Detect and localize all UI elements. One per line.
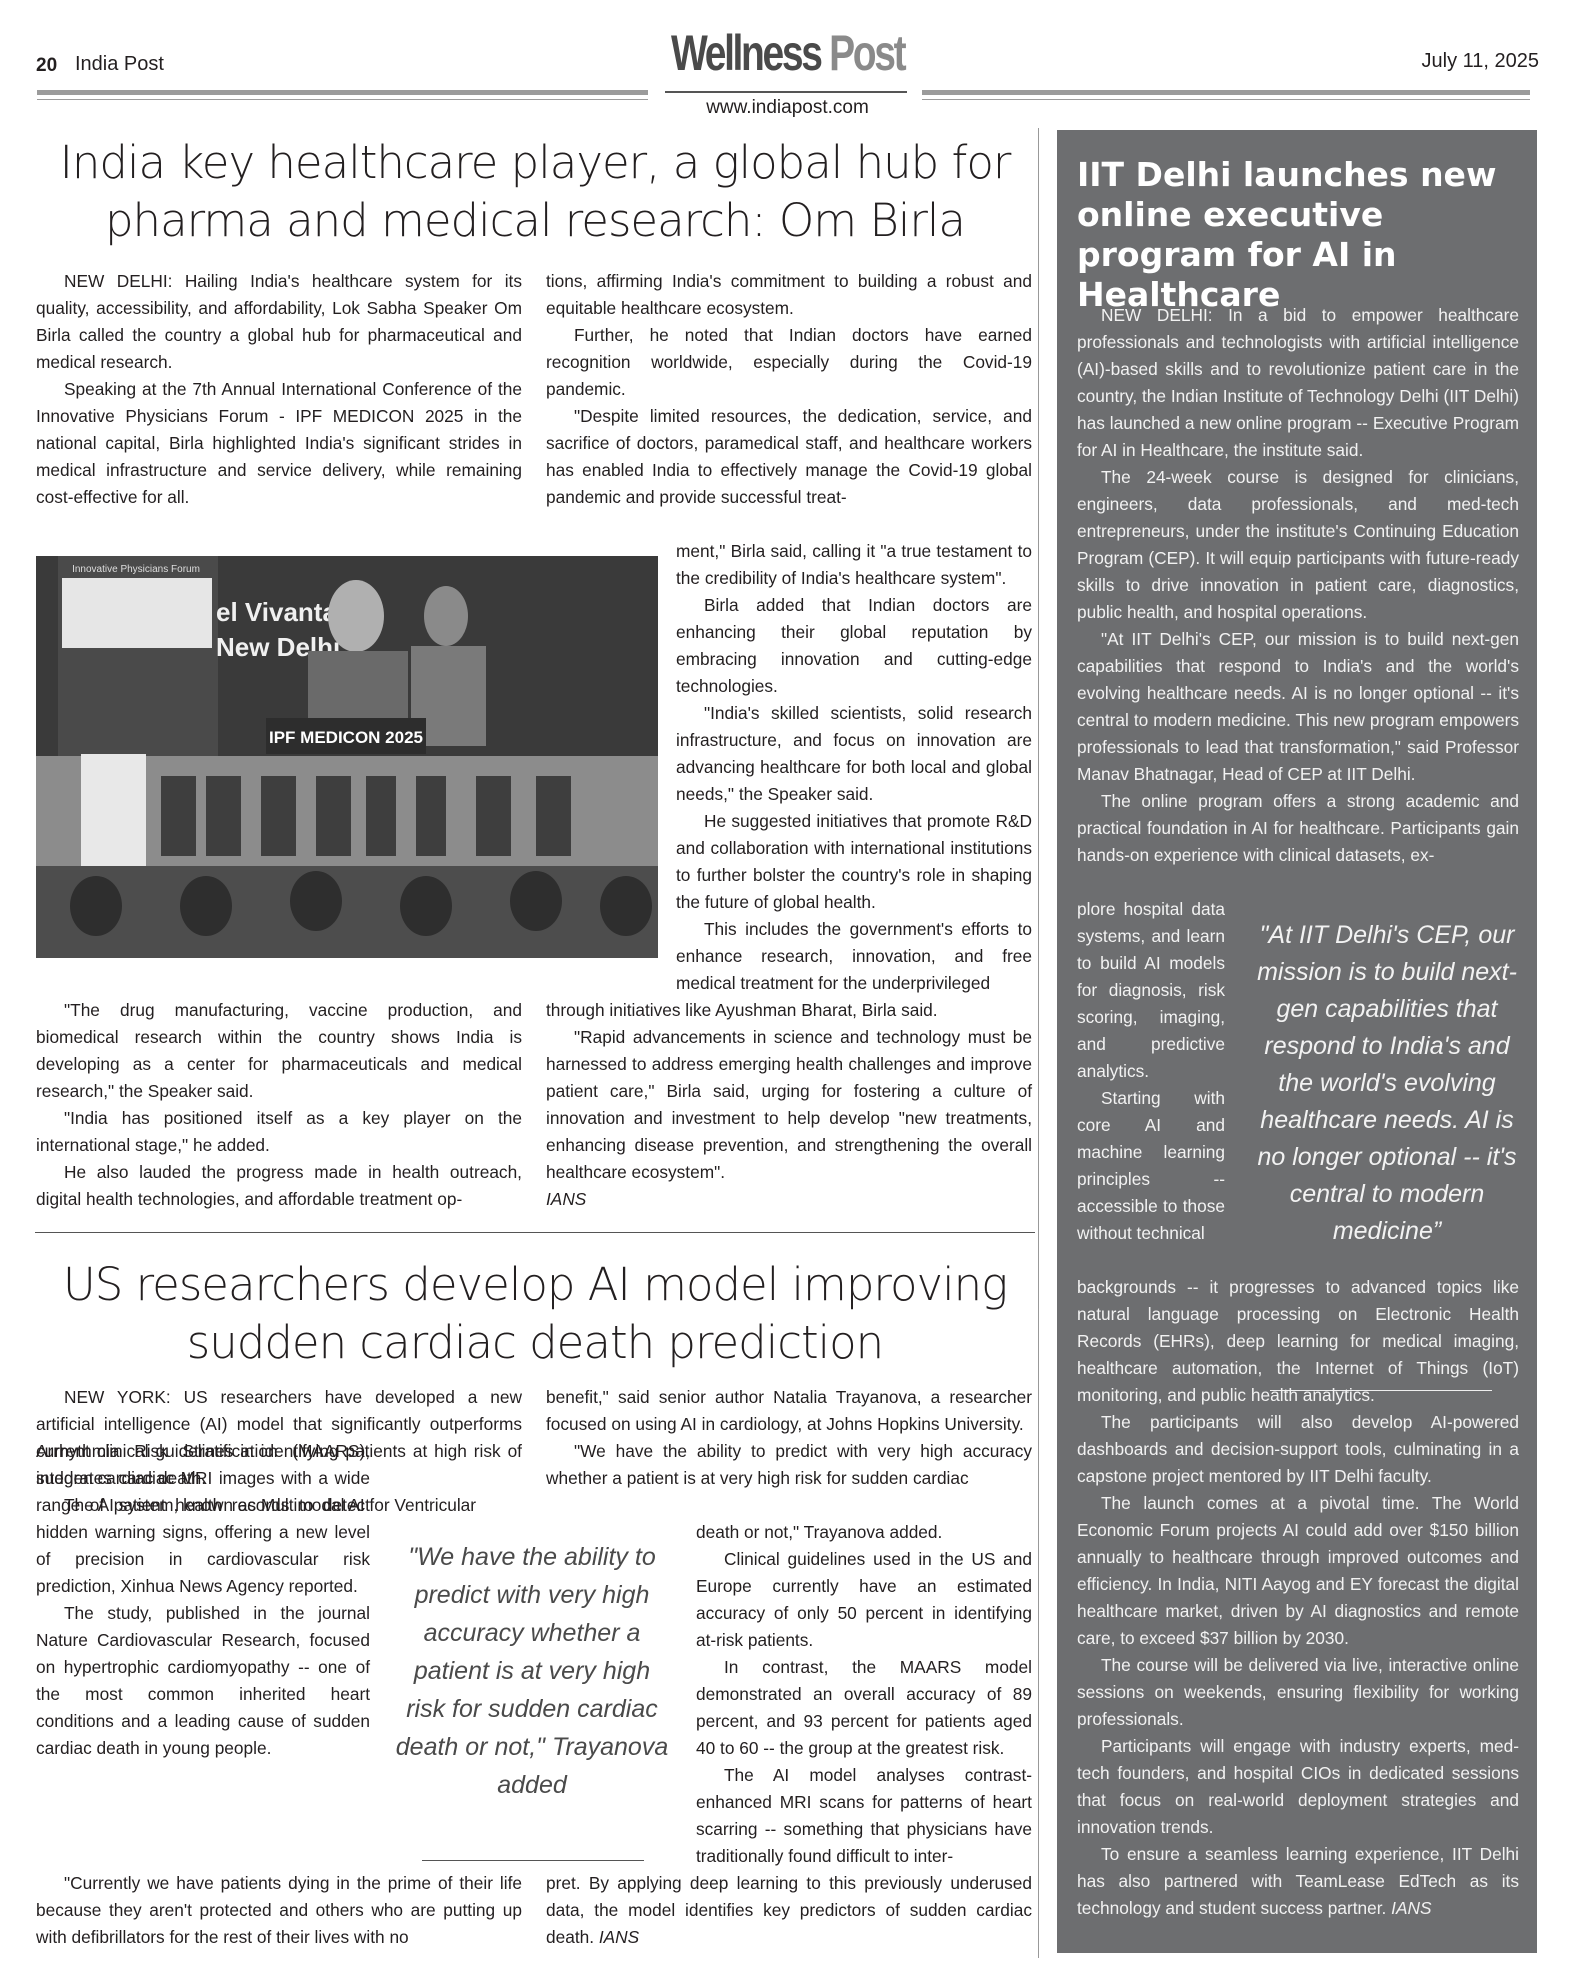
sidebar-col-wrap: plore hospital data systems, and learn t… — [1077, 896, 1225, 1247]
article2-col1-wrap: Arrhythmia Risk Stratification (MAARS), … — [36, 1438, 370, 1762]
article2-col2-top: benefit," said senior author Natalia Tra… — [546, 1384, 1032, 1492]
article2-pullquote: "We have the ability to predict with ver… — [392, 1538, 672, 1804]
paragraph: "At IIT Delhi's CEP, our mission is to b… — [1077, 626, 1519, 788]
paragraph-text: To ensure a seamless learning experience… — [1077, 1844, 1519, 1918]
article2-col2-wrap: death or not," Trayanova added. Clinical… — [696, 1519, 1032, 1870]
site-url[interactable]: www.indiapost.com — [0, 97, 1575, 119]
paragraph: The course will be delivered via live, i… — [1077, 1652, 1519, 1733]
paragraph: Participants will engage with industry e… — [1077, 1733, 1519, 1841]
masthead-rule-center — [665, 91, 907, 93]
paragraph: In contrast, the MAARS model demonstrate… — [696, 1654, 1032, 1762]
sidebar-credit: IANS — [1391, 1898, 1431, 1918]
paragraph: The 24-week course is designed for clini… — [1077, 464, 1519, 626]
article1-credit: IANS — [546, 1186, 1032, 1213]
sidebar-headline: IIT Delhi launches new online executive … — [1077, 155, 1517, 315]
article1-col2-bottom: through initiatives like Ayushman Bharat… — [546, 997, 1032, 1213]
paragraph: The study, published in the journal Natu… — [36, 1600, 370, 1762]
paragraph: Further, he noted that Indian doctors ha… — [546, 322, 1032, 403]
article2-credit: IANS — [599, 1927, 639, 1947]
paragraph: "Currently we have patients dying in the… — [36, 1870, 522, 1951]
brand-wellness: Wellness — [671, 25, 821, 81]
paragraph: backgrounds -- it progresses to advanced… — [1077, 1274, 1519, 1409]
paragraph: "We have the ability to predict with ver… — [546, 1438, 1032, 1492]
paragraph: plore hospital data systems, and learn t… — [1077, 896, 1225, 1085]
paragraph: "India has positioned itself as a key pl… — [36, 1105, 522, 1159]
paragraph: death or not," Trayanova added. — [696, 1519, 1032, 1546]
paragraph: To ensure a seamless learning experience… — [1077, 1841, 1519, 1922]
paragraph: He suggested initiatives that promote R&… — [676, 808, 1032, 916]
paragraph: Clinical guidelines used in the US and E… — [696, 1546, 1032, 1654]
paragraph: ment," Birla said, calling it "a true te… — [676, 538, 1032, 592]
pullquote-rule — [422, 1860, 644, 1861]
article1-col1-top: NEW DELHI: Hailing India's healthcare sy… — [36, 268, 522, 511]
paragraph: The AI model analyses contrast-enhanced … — [696, 1762, 1032, 1870]
sidebar-col-top: NEW DELHI: In a bid to empower healthcar… — [1077, 302, 1519, 869]
sidebar-article: IIT Delhi launches new online executive … — [1057, 130, 1537, 1953]
sidebar-pullquote: "At IIT Delhi's CEP, our mission is to b… — [1252, 917, 1522, 1250]
sidebar-col-bottom: backgrounds -- it progresses to advanced… — [1077, 1274, 1519, 1922]
paragraph: Arrhythmia Risk Stratification (MAARS), … — [36, 1438, 370, 1600]
article1-photo: Innovative Physicians Forum el Vivanta b… — [36, 556, 658, 958]
issue-date: July 11, 2025 — [1422, 50, 1540, 73]
paragraph: NEW DELHI: In a bid to empower healthcar… — [1077, 302, 1519, 464]
paragraph: He also lauded the progress made in heal… — [36, 1159, 522, 1213]
article2-col2-bottom: pret. By applying deep learning to this … — [546, 1870, 1032, 1951]
article1-headline: India key healthcare player, a global hu… — [30, 134, 1040, 250]
brand-logo: Wellness Post — [173, 28, 1402, 78]
page-number: 20 — [36, 55, 57, 77]
column-divider — [1038, 128, 1039, 1958]
article2-headline: US researchers develop AI model improvin… — [30, 1256, 1040, 1372]
article1-col2-top: tions, affirming India's commitment to b… — [546, 268, 1032, 511]
paragraph: benefit," said senior author Natalia Tra… — [546, 1384, 1032, 1438]
paragraph: "Rapid advancements in science and techn… — [546, 1024, 1032, 1186]
paragraph: tions, affirming India's commitment to b… — [546, 268, 1032, 322]
paragraph: The participants will also develop AI-po… — [1077, 1409, 1519, 1490]
paragraph: pret. By applying deep learning to this … — [546, 1870, 1032, 1951]
paragraph: Starting with core AI and machine learni… — [1077, 1085, 1225, 1247]
article2-col1-bottom: "Currently we have patients dying in the… — [36, 1870, 522, 1951]
paragraph: The online program offers a strong acade… — [1077, 788, 1519, 869]
paragraph: "Despite limited resources, the dedicati… — [546, 403, 1032, 511]
paragraph: "The drug manufacturing, vaccine product… — [36, 997, 522, 1105]
paragraph: Speaking at the 7th Annual International… — [36, 376, 522, 511]
paragraph: through initiatives like Ayushman Bharat… — [546, 997, 1032, 1024]
paragraph: The launch comes at a pivotal time. The … — [1077, 1490, 1519, 1652]
conference-photo-icon: Innovative Physicians Forum el Vivanta b… — [36, 556, 658, 958]
paragraph: "India's skilled scientists, solid resea… — [676, 700, 1032, 808]
article1-col2-wrap: ment," Birla said, calling it "a true te… — [676, 538, 1032, 997]
paragraph: This includes the government's efforts t… — [676, 916, 1032, 997]
publication-name: India Post — [75, 53, 164, 76]
paragraph: Birla added that Indian doctors are enha… — [676, 592, 1032, 700]
article1-col1-bottom: "The drug manufacturing, vaccine product… — [36, 997, 522, 1213]
svg-text:Innovative Physicians Forum: Innovative Physicians Forum — [72, 564, 200, 575]
svg-text:IPF MEDICON 2025: IPF MEDICON 2025 — [269, 728, 423, 747]
paragraph: NEW DELHI: Hailing India's healthcare sy… — [36, 268, 522, 376]
article-divider — [35, 1232, 1035, 1233]
brand-post: Post — [829, 25, 904, 81]
